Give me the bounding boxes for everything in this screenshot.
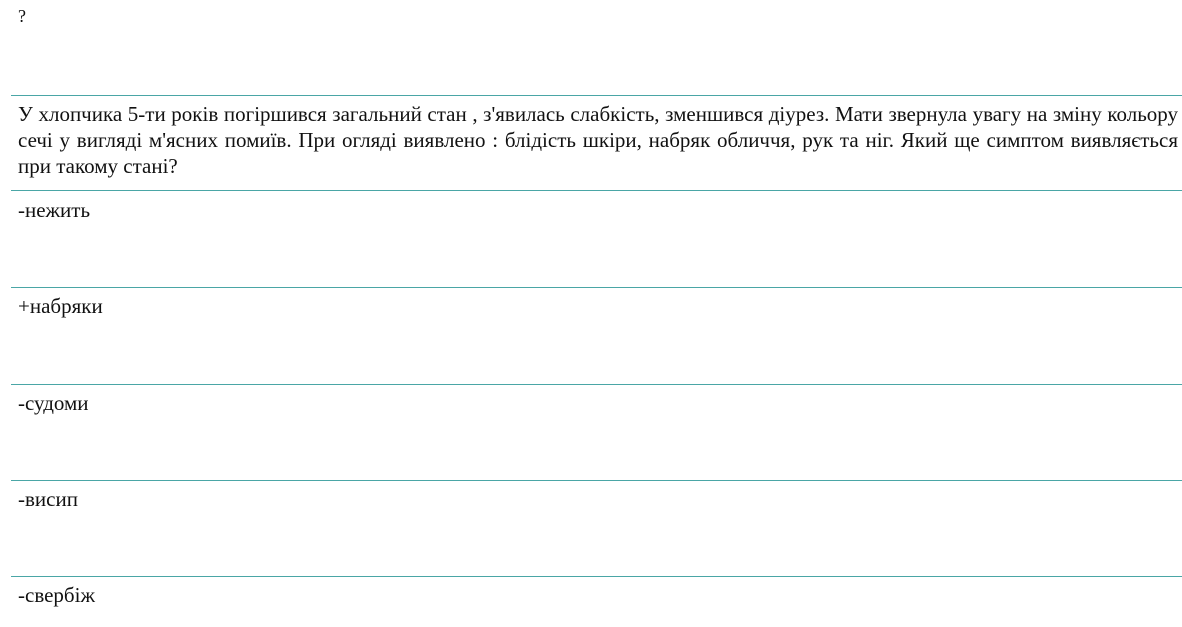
divider (11, 287, 1182, 288)
divider (11, 480, 1182, 481)
divider (11, 190, 1182, 191)
answer-option[interactable]: -свербіж (18, 583, 95, 608)
answer-option[interactable]: +набряки (18, 294, 103, 319)
question-marker: ? (18, 6, 26, 27)
question-text: У хлопчика 5-ти років погіршився загальн… (18, 101, 1178, 179)
divider (11, 95, 1182, 96)
answer-option[interactable]: -судоми (18, 391, 89, 416)
divider (11, 576, 1182, 577)
answer-option[interactable]: -нежить (18, 198, 90, 223)
answer-option[interactable]: -висип (18, 487, 78, 512)
divider (11, 384, 1182, 385)
